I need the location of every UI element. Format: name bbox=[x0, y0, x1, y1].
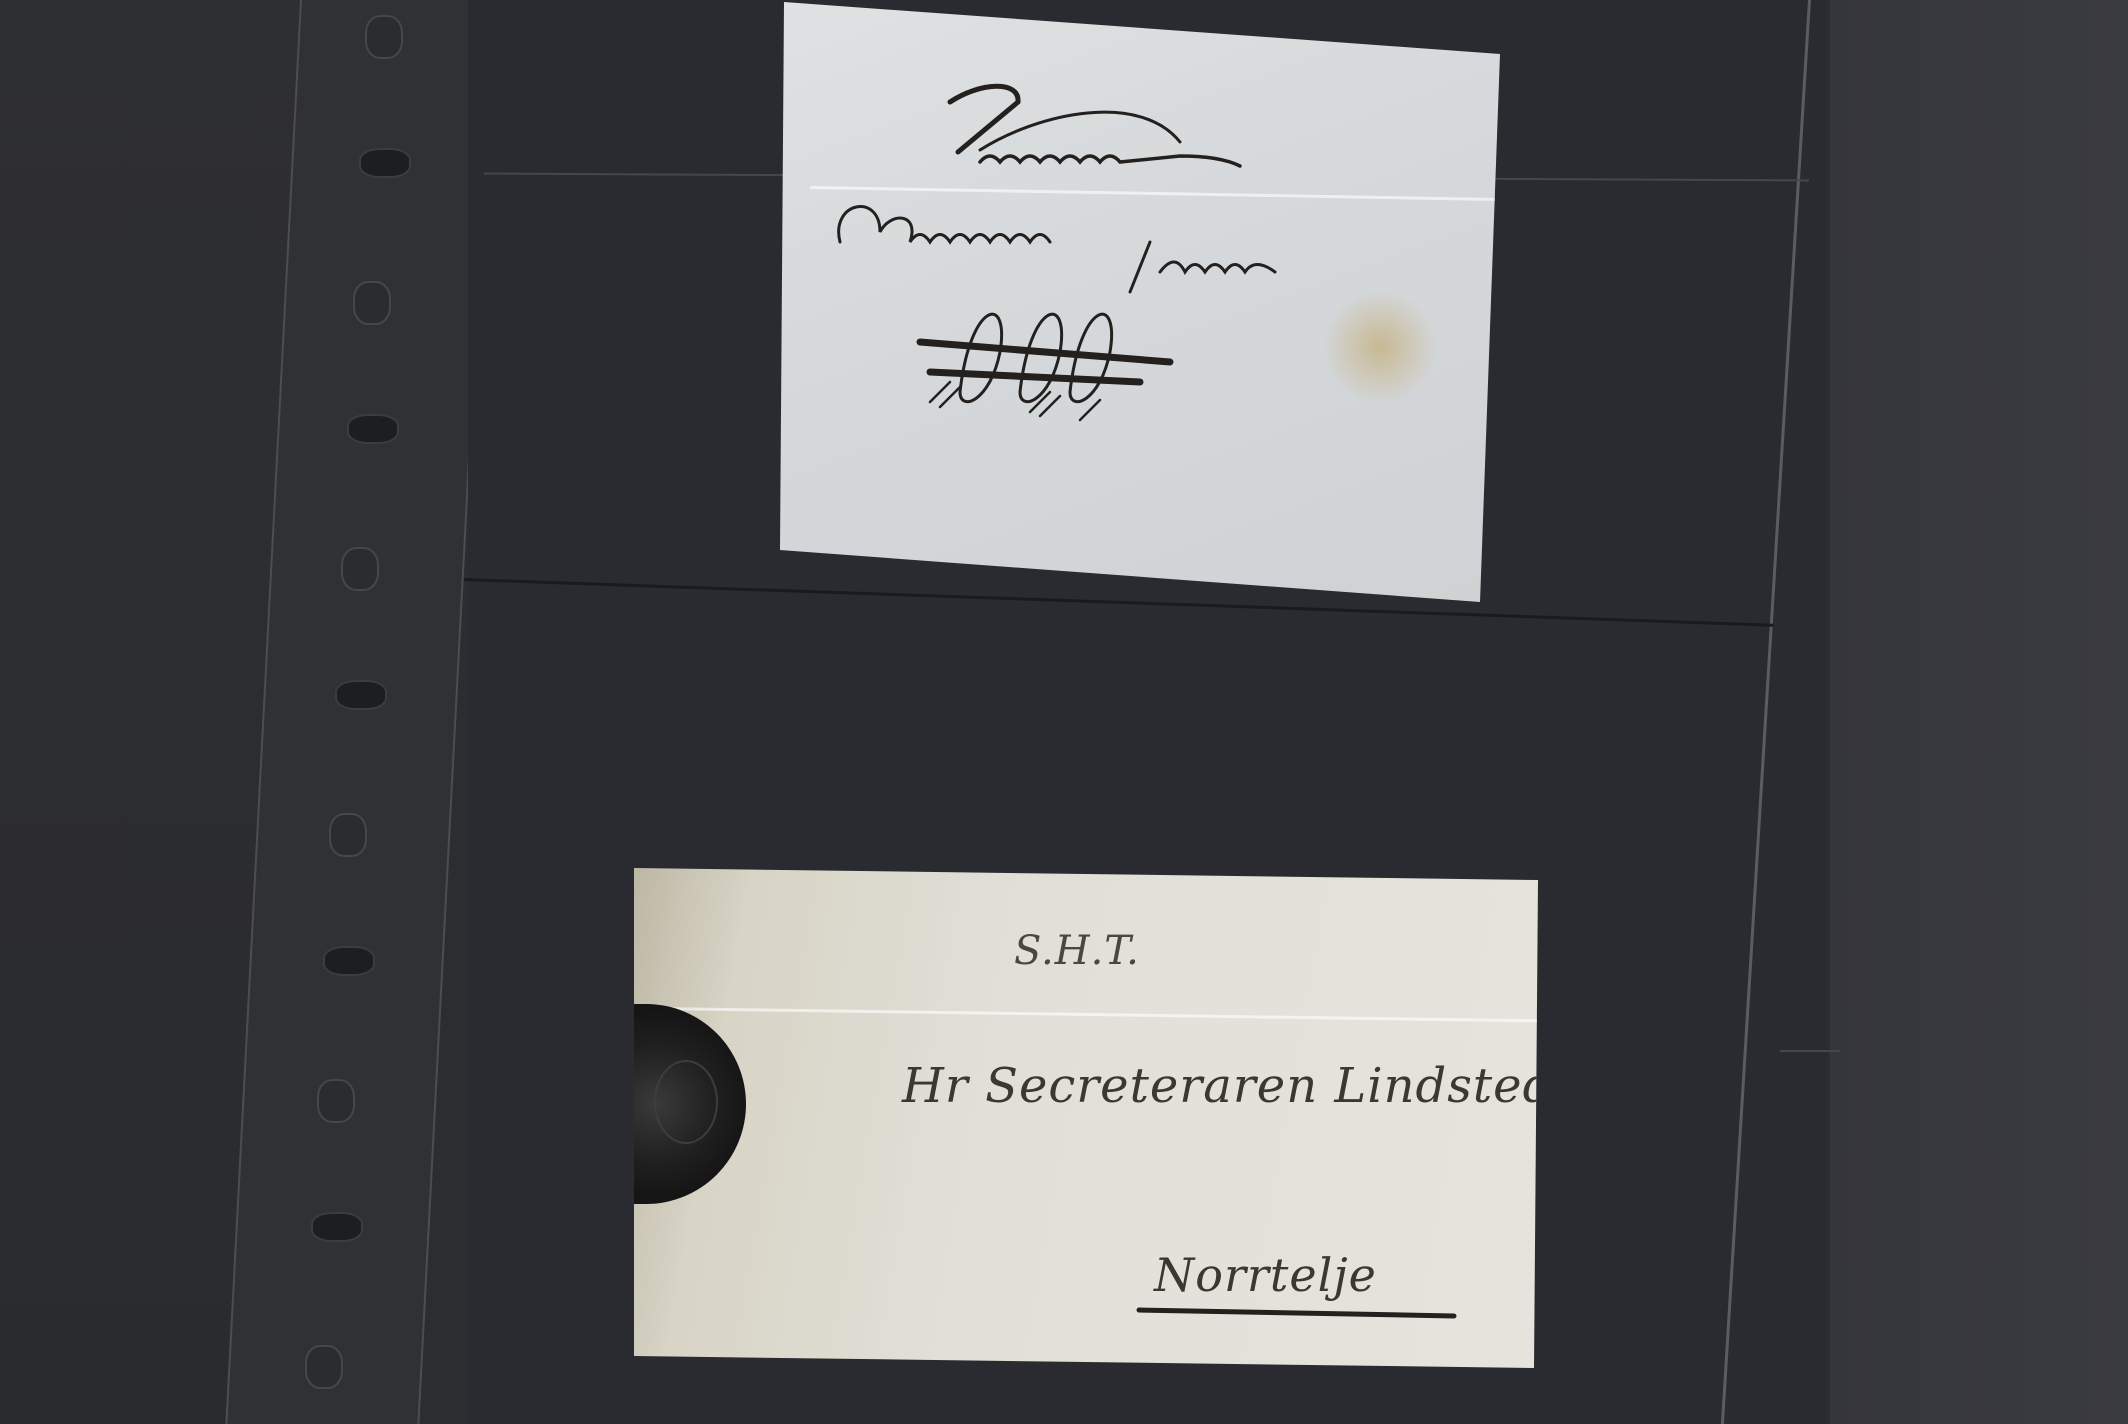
punch-hole bbox=[323, 946, 375, 976]
punch-hole bbox=[329, 813, 367, 857]
punch-hole bbox=[347, 414, 399, 444]
punch-hole bbox=[341, 547, 379, 591]
punch-hole bbox=[353, 281, 391, 325]
album-page-right-margin bbox=[1830, 0, 2128, 1424]
punch-hole bbox=[335, 680, 387, 710]
pocket-lower-edge bbox=[1780, 1050, 1840, 1052]
destination-underline bbox=[634, 868, 1540, 1368]
punch-hole bbox=[359, 148, 411, 178]
handwriting-address-top bbox=[780, 2, 1506, 602]
punch-hole bbox=[317, 1079, 355, 1123]
seal-emblem-icon bbox=[654, 1060, 718, 1144]
punch-hole bbox=[365, 15, 403, 59]
letter-cover-top: Vriesbutus Alakdiningni Kerkow 8/8/8/8 bbox=[780, 2, 1506, 602]
punch-hole bbox=[305, 1345, 343, 1389]
letter-cover-bottom: S.H.T. Hr Secreteraren Lindstedt Norrtel… bbox=[634, 868, 1540, 1368]
punch-hole bbox=[311, 1212, 363, 1242]
